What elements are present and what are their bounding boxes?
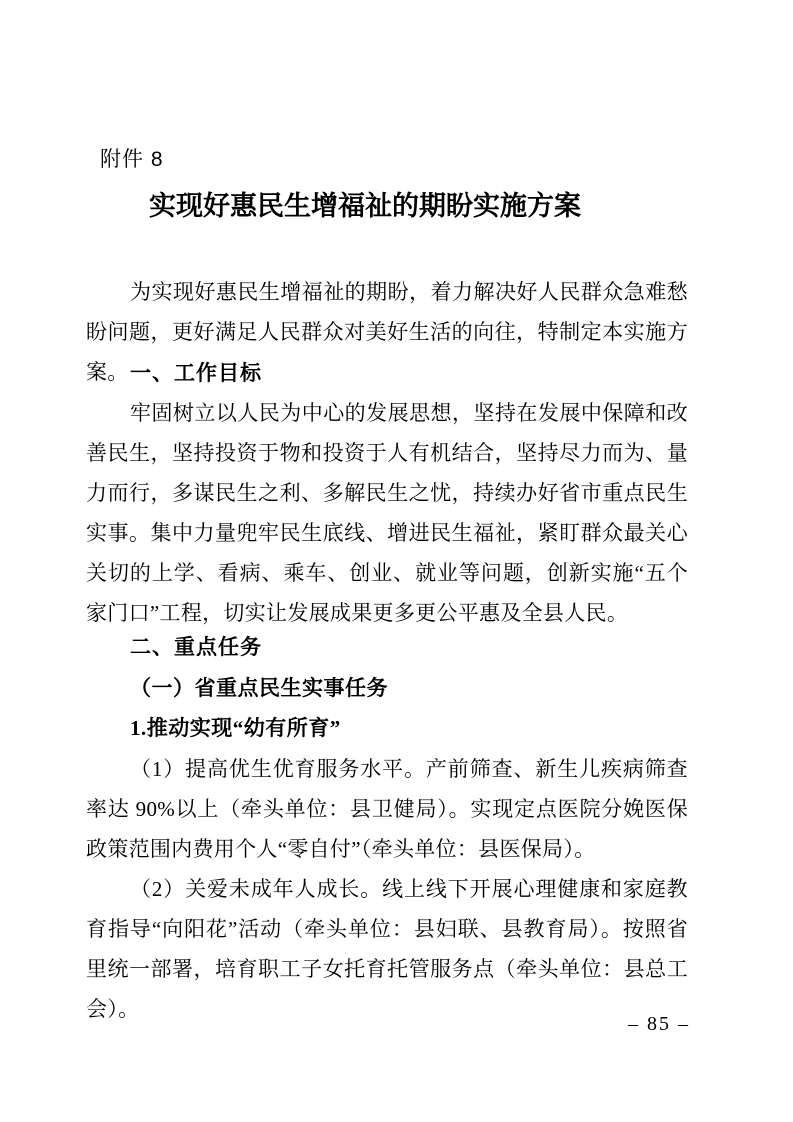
subsection-heading-provincial-tasks: （一）省重点民生实事任务 — [86, 668, 688, 708]
item-heading-childcare: 1.推动实现“幼有所育” — [86, 708, 688, 748]
document-page: 附件 8 实现好惠民生增福祉的期盼实施方案 为实现好惠民生增福祉的期盼，着力解决… — [0, 0, 793, 1122]
page-number: – 85 – — [86, 1008, 690, 1040]
item-paragraph-1: （1）提高优生优育服务水平。产前筛查、新生儿疾病筛查率达 90%以上（牵头单位：… — [86, 749, 688, 869]
section-heading-key-tasks: 二、重点任务 — [86, 628, 688, 668]
attachment-label: 附件 8 — [100, 143, 164, 177]
document-title: 实现好惠民生增福祉的期盼实施方案 — [60, 186, 670, 226]
item-paragraph-2: （2）关爱未成年人成长。线上线下开展心理健康和家庭教育指导“向阳花”活动（牵头单… — [86, 869, 688, 1029]
section-body-work-goals: 牢固树立以人民为中心的发展思想，坚持在发展中保障和改善民生，坚持投资于物和投资于… — [86, 393, 688, 633]
section-heading-work-goals: 一、工作目标 — [86, 354, 688, 394]
